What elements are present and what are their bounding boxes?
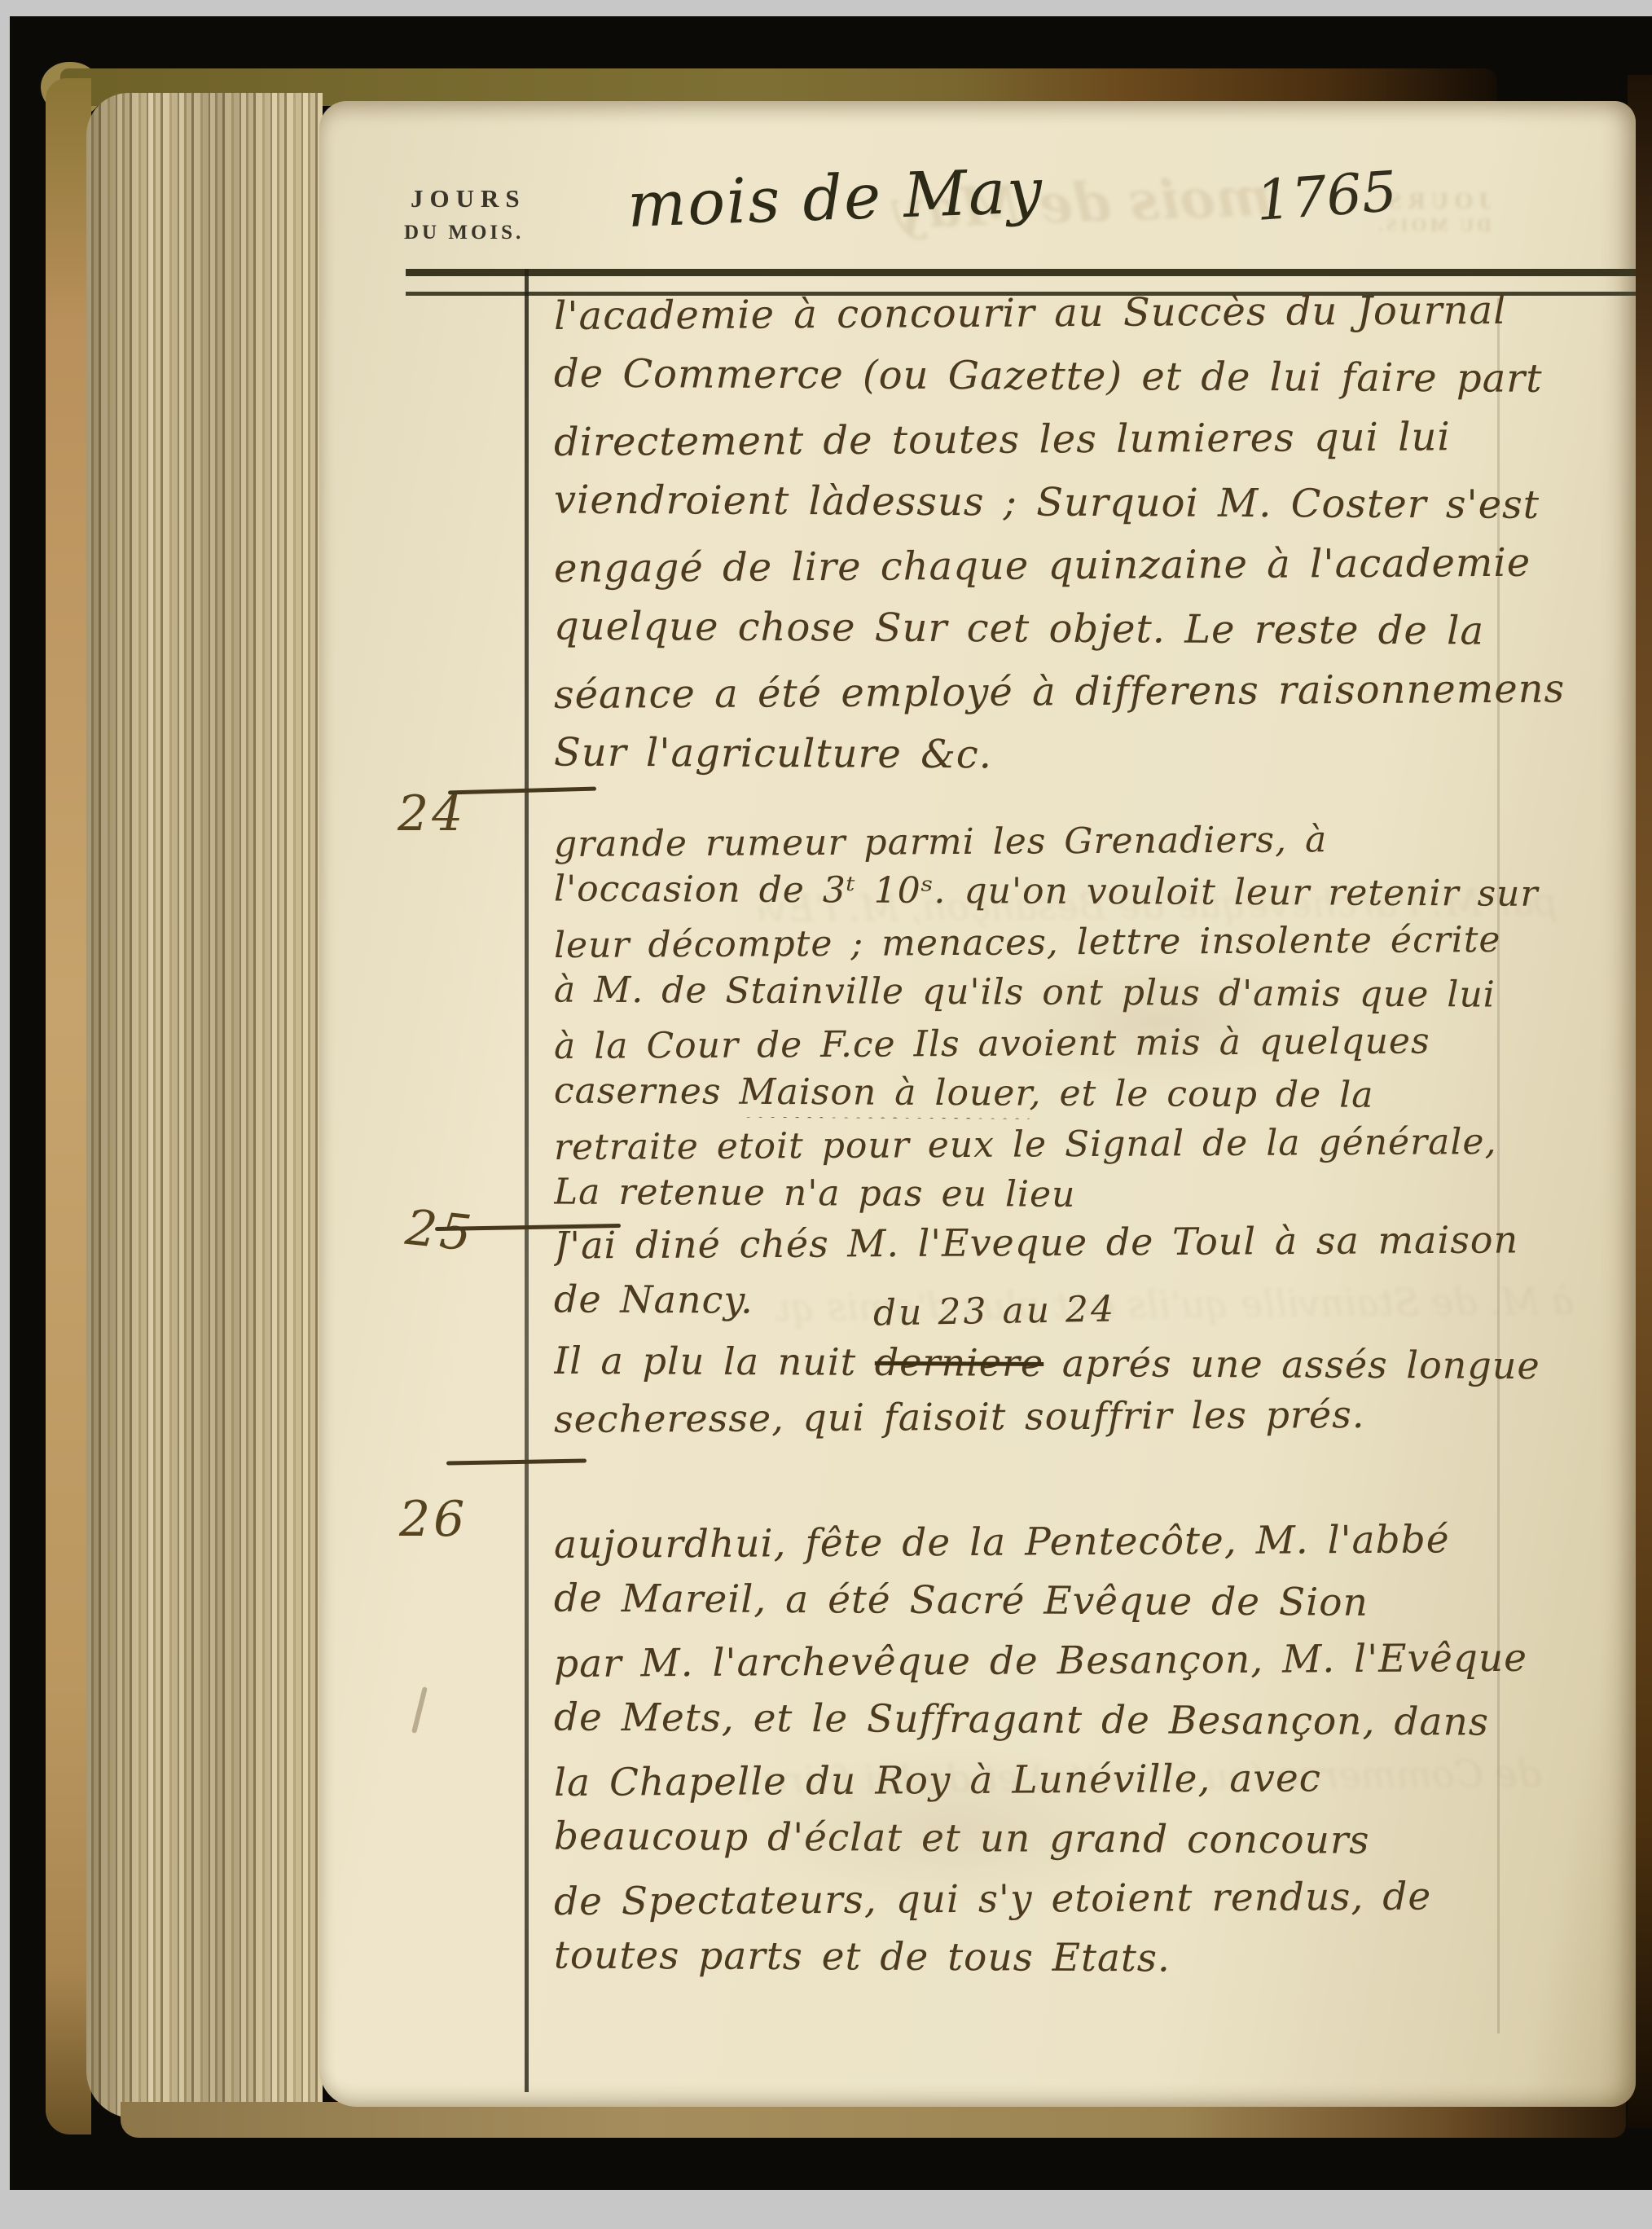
day-number-26: 26 bbox=[399, 1491, 468, 1548]
handwritten-line: Sur l'agriculture &c. bbox=[554, 721, 1636, 789]
handwritten-line: Il a plu la nuit derniere aprés une assé… bbox=[554, 1334, 1540, 1392]
handwritten-line: grande rumeur parmi les Grenadiers, à bbox=[554, 813, 1636, 870]
handwritten-line: de Spectateurs, qui s'y etoient rendus, … bbox=[554, 1866, 1636, 1932]
left-cover-edge bbox=[46, 78, 91, 2134]
handwritten-line: aujourdhui, fête de la Pentecôte, M. l'a… bbox=[554, 1509, 1636, 1575]
margin-rule bbox=[525, 269, 529, 2092]
bleed-through-text: par M. l'archevêque de Besançon, M. l'Ev… bbox=[759, 880, 1558, 931]
handwritten-line: secheresse, qui faisoit souffrir les pré… bbox=[554, 1387, 1365, 1446]
entry-separator-dash-26 bbox=[446, 1458, 587, 1465]
struck-word: derniere bbox=[875, 1340, 1044, 1385]
bleed-through-text: de Commerce (ou Gazette) et de lui faire… bbox=[743, 1752, 1541, 1803]
bottom-page-edges bbox=[121, 2102, 1626, 2138]
handwritten-line: beaucoup d'éclat et un grand concours bbox=[554, 1807, 1636, 1872]
header-year: 1765 bbox=[1254, 160, 1399, 234]
entry-separator-dash-24 bbox=[448, 787, 596, 795]
handwritten-line: directement de toutes les lumieres qui l… bbox=[554, 405, 1636, 475]
scan-background: JOURS DU MOIS. JOURS DU MOIS. mois de Ma… bbox=[0, 0, 1652, 2229]
entry-24-text: grande rumeur parmi les Grenadiers, à l'… bbox=[554, 816, 1636, 1220]
underlined-phrase: Maison à louer bbox=[739, 1071, 1029, 1114]
handwritten-line: à M. de Stainville qu'ils ont plus d'ami… bbox=[554, 965, 1636, 1022]
line-segment: Il a plu la nuit bbox=[554, 1339, 875, 1384]
page-stack-edges bbox=[86, 93, 323, 2118]
handwritten-line: par M. l'archevêque de Besançon, M. l'Ev… bbox=[554, 1628, 1636, 1694]
handwritten-line: retraite etoit pour eux le Signal de la … bbox=[554, 1116, 1636, 1173]
day-number-25: 25 bbox=[403, 1199, 477, 1263]
handwritten-line: toutes parts et de tous Etats. bbox=[554, 1926, 1636, 1991]
line-segment: casernes bbox=[554, 1071, 740, 1113]
margin-stroke bbox=[411, 1686, 428, 1734]
handwritten-line: séance a été employé à differens raisonn… bbox=[554, 657, 1636, 728]
handwritten-line: l'academie à concourir au Succès du Jour… bbox=[554, 279, 1636, 349]
entry-continued-text: l'academie à concourir au Succès du Jour… bbox=[554, 282, 1636, 787]
journal-page: JOURS DU MOIS. JOURS DU MOIS. mois de Ma… bbox=[319, 101, 1636, 2107]
handwritten-line: de Commerce (ou Gazette) et de lui faire… bbox=[554, 342, 1636, 411]
handwritten-line: quelque chose Sur cet objet. Le reste de… bbox=[554, 595, 1636, 663]
handwritten-line: casernes Maison à louer, et le coup de l… bbox=[554, 1066, 1636, 1123]
handwritten-line: de Mareil, a été Sacré Evêque de Sion bbox=[554, 1569, 1636, 1634]
printed-header-label-line1: JOURS bbox=[411, 184, 526, 213]
header-double-rule-top bbox=[406, 269, 1636, 276]
handwritten-line: viendroient làdessus ; Surquoi M. Coster… bbox=[554, 468, 1636, 537]
bleed-through-text: à M. de Stainville qu'ils ont plus d'ami… bbox=[775, 1279, 1574, 1330]
line-segment: , et le coup de la bbox=[1029, 1073, 1373, 1116]
printed-header-label-line2: DU MOIS. bbox=[404, 222, 524, 244]
header-month-title: mois de May bbox=[626, 154, 1045, 241]
handwritten-line: engagé de lire chaque quinzaine à l'acad… bbox=[554, 531, 1636, 601]
line-segment: aprés une assés longue bbox=[1043, 1341, 1540, 1387]
entry-26-text: aujourdhui, fête de la Pentecôte, M. l'a… bbox=[554, 1512, 1636, 1988]
handwritten-line: de Mets, et le Suffragant de Besançon, d… bbox=[554, 1688, 1636, 1753]
handwritten-line: J'ai diné chés M. l'Eveque de Toul à sa … bbox=[554, 1212, 1519, 1272]
handwritten-line: à la Cour de F.ce Ils avoient mis à quel… bbox=[554, 1015, 1636, 1072]
handwritten-line: de Nancy. bbox=[554, 1272, 754, 1326]
